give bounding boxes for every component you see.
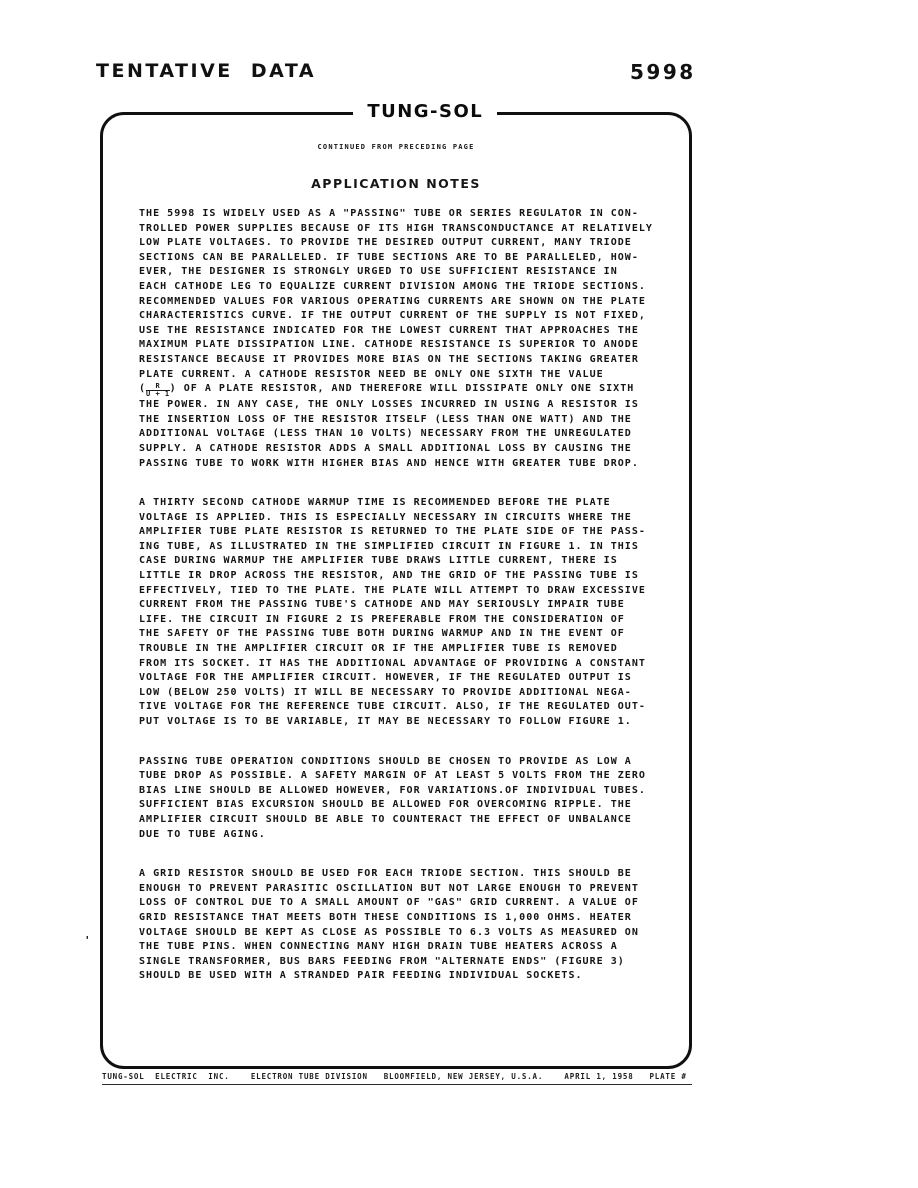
- scan-margin-artifact: ': [84, 934, 91, 947]
- tung-sol-logo: TUNG-SOL: [353, 101, 497, 122]
- tube-number: 5998: [630, 60, 696, 84]
- footer-imprint: TUNG-SOL ELECTRIC INC. ELECTRON TUBE DIV…: [102, 1072, 692, 1085]
- tentative-data-label: TENTATIVE DATA: [96, 60, 316, 82]
- datasheet-page: TENTATIVE DATA 5998 TUNG-SOL CONTINUED F…: [0, 0, 918, 1188]
- paragraph-1: THE 5998 IS WIDELY USED AS A "PASSING" T…: [139, 207, 667, 471]
- paragraph-4: A GRID RESISTOR SHOULD BE USED FOR EACH …: [139, 867, 667, 984]
- paragraph-1-text-after-fraction: ) OF A PLATE RESISTOR, AND THEREFORE WIL…: [139, 383, 639, 468]
- continued-note: CONTINUED FROM PRECEDING PAGE: [103, 143, 689, 151]
- plate-resistor-fraction: RU + 1: [146, 383, 170, 398]
- paragraph-3: PASSING TUBE OPERATION CONDITIONS SHOULD…: [139, 755, 667, 843]
- application-notes-body: THE 5998 IS WIDELY USED AS A "PASSING" T…: [139, 207, 667, 1009]
- section-title: APPLICATION NOTES: [103, 176, 689, 191]
- paragraph-2: A THIRTY SECOND CATHODE WARMUP TIME IS R…: [139, 496, 667, 730]
- datasheet-frame: TUNG-SOL CONTINUED FROM PRECEDING PAGE A…: [100, 112, 692, 1069]
- fraction-denominator: U + 1: [146, 391, 170, 398]
- paragraph-1-text-before-fraction: THE 5998 IS WIDELY USED AS A "PASSING" T…: [139, 208, 653, 394]
